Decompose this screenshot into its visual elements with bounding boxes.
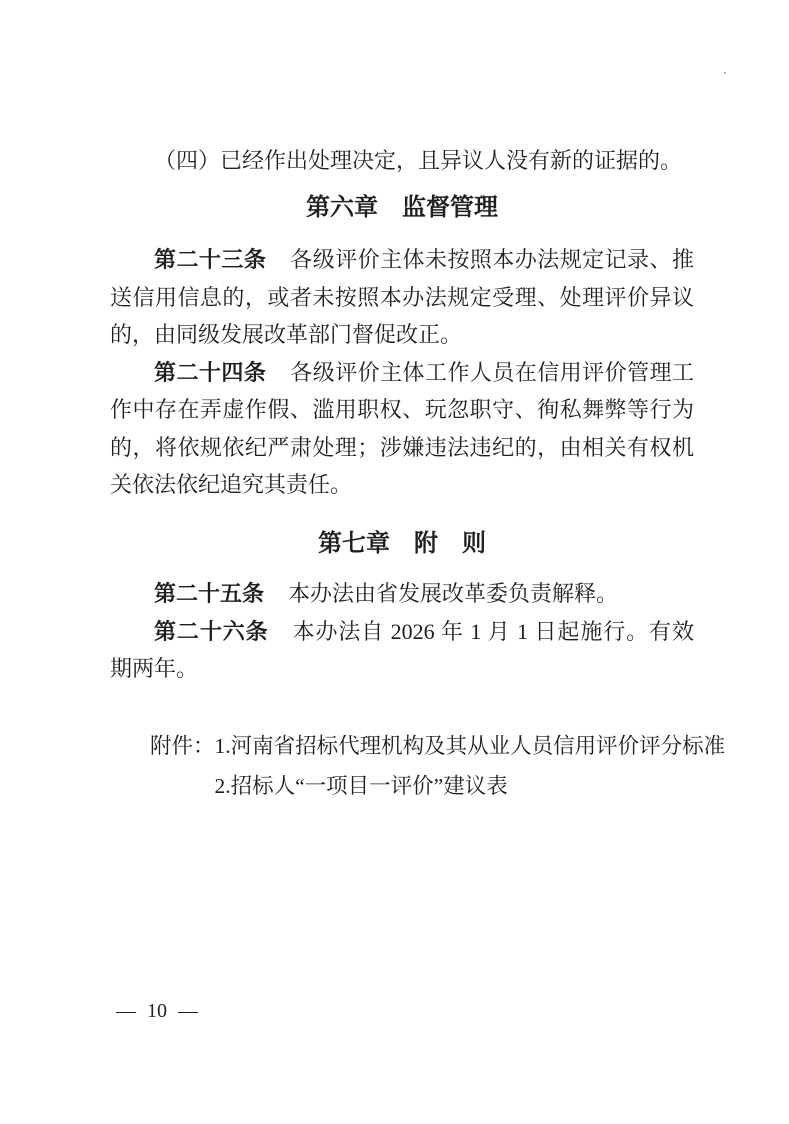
article-25: 第二十五条本办法由省发展改革委负责解释。 [110, 575, 694, 613]
chapter-7-heading: 第七章 附 则 [110, 525, 694, 563]
page-number: — 10 — [116, 1000, 198, 1023]
attachment-items: 1.河南省招标代理机构及其从业人员信用评价评分标准 2.招标人“一项目一评价”建… [215, 726, 726, 806]
document-page: （四）已经作出处理决定，且异议人没有新的证据的。 第六章 监督管理 第二十三条各… [0, 0, 789, 1124]
article-25-text: 本办法由省发展改革委负责解释。 [288, 581, 618, 606]
clause-item-4: （四）已经作出处理决定，且异议人没有新的证据的。 [110, 142, 694, 180]
attachment-item-1: 1.河南省招标代理机构及其从业人员信用评价评分标准 [215, 726, 726, 766]
attachments-label: 附件： [150, 726, 215, 766]
scan-speck [724, 72, 726, 74]
attachments-block: 附件： 1.河南省招标代理机构及其从业人员信用评价评分标准 2.招标人“一项目一… [150, 726, 694, 806]
attachment-item-2: 2.招标人“一项目一评价”建议表 [215, 766, 726, 806]
chapter-6-heading: 第六章 监督管理 [110, 189, 694, 227]
article-24: 第二十四条各级评价主体工作人员在信用评价管理工作中存在弄虚作假、滥用职权、玩忽职… [110, 354, 694, 504]
article-25-label: 第二十五条 [154, 581, 264, 606]
article-24-label: 第二十四条 [154, 360, 266, 385]
article-26: 第二十六条本办法自 2026 年 1 月 1 日起施行。有效期两年。 [110, 613, 694, 688]
article-23-label: 第二十三条 [154, 247, 266, 272]
article-23: 第二十三条各级评价主体未按照本办法规定记录、推送信用信息的，或者未按照本办法规定… [110, 241, 694, 354]
document-content: （四）已经作出处理决定，且异议人没有新的证据的。 第六章 监督管理 第二十三条各… [110, 142, 694, 806]
article-26-label: 第二十六条 [154, 619, 269, 644]
